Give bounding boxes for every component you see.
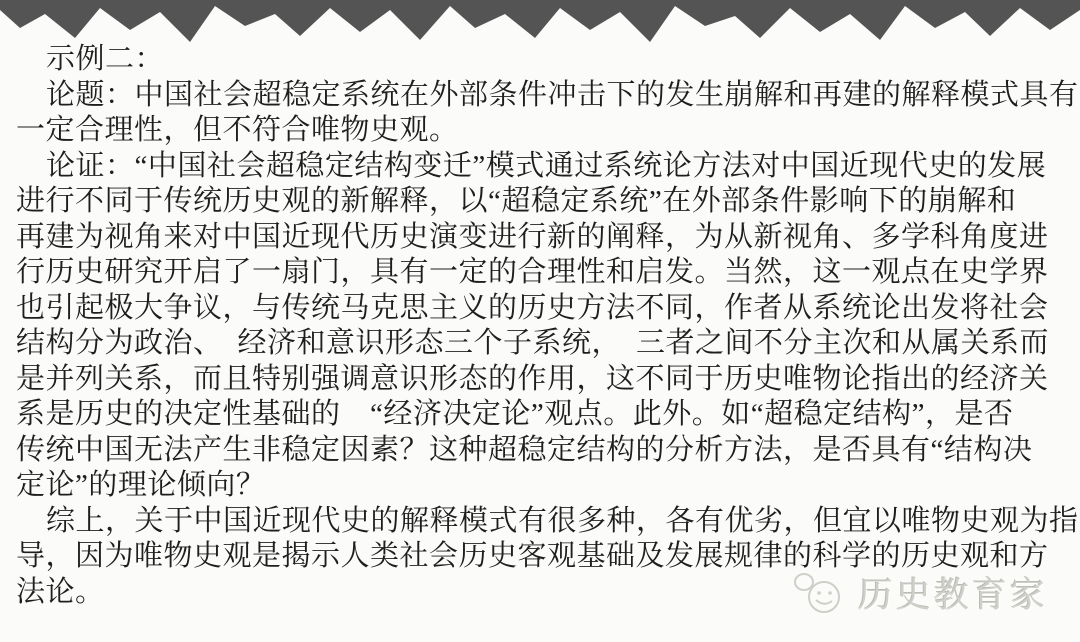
- text-line: 定论”的理论倾向？: [16, 468, 1068, 504]
- article-lines: 示例二：论题：中国社会超稳定系统在外部条件冲击下的发生崩解和再建的解释模式具有一…: [16, 42, 1068, 610]
- text-line: 系是历史的决定性基础的 “经济决定论”观点。此外。如“超稳定结构”，是否: [16, 397, 1068, 433]
- brand-watermark: 历史教育家: [790, 568, 1048, 618]
- text-line: 进行不同于传统历史观的新解释，以“超稳定系统”在外部条件影响下的崩解和: [16, 184, 1068, 220]
- text-line: 传统中国无法产生非稳定因素？这种超稳定结构的分析方法，是否具有“结构决: [16, 433, 1068, 469]
- text-line: 结构分为政治、 经济和意识形态三个子系统， 三者之间不分主次和从属关系而: [16, 326, 1068, 362]
- brand-name: 历史教育家: [858, 568, 1048, 618]
- text-line: 综上，关于中国近现代史的解释模式有很多种，各有优劣，但宜以唯物史观为指: [16, 504, 1068, 540]
- text-line: 行历史研究开启了一扇门，具有一定的合理性和启发。当然，这一观点在史学界: [16, 255, 1068, 291]
- text-line: 论证：“中国社会超稳定结构变迁”模式通过系统论方法对中国近现代史的发展: [16, 149, 1068, 185]
- text-line: 也引起极大争议，与传统马克思主义的历史方法不同，作者从系统论出发将社会: [16, 291, 1068, 327]
- torn-edge-decoration: [0, 0, 1080, 46]
- brand-mascot-icon: [790, 570, 850, 616]
- text-line: 是并列关系，而且特别强调意识形态的作用，这不同于历史唯物论指出的经济关: [16, 362, 1068, 398]
- text-line: 一定合理性，但不符合唯物史观。: [16, 113, 1068, 149]
- text-line: 再建为视角来对中国近现代历史演变进行新的阐释，为从新视角、多学科角度进: [16, 220, 1068, 256]
- text-line: 示例二：: [16, 42, 1068, 78]
- text-line: 论题：中国社会超稳定系统在外部条件冲击下的发生崩解和再建的解释模式具有: [16, 78, 1068, 114]
